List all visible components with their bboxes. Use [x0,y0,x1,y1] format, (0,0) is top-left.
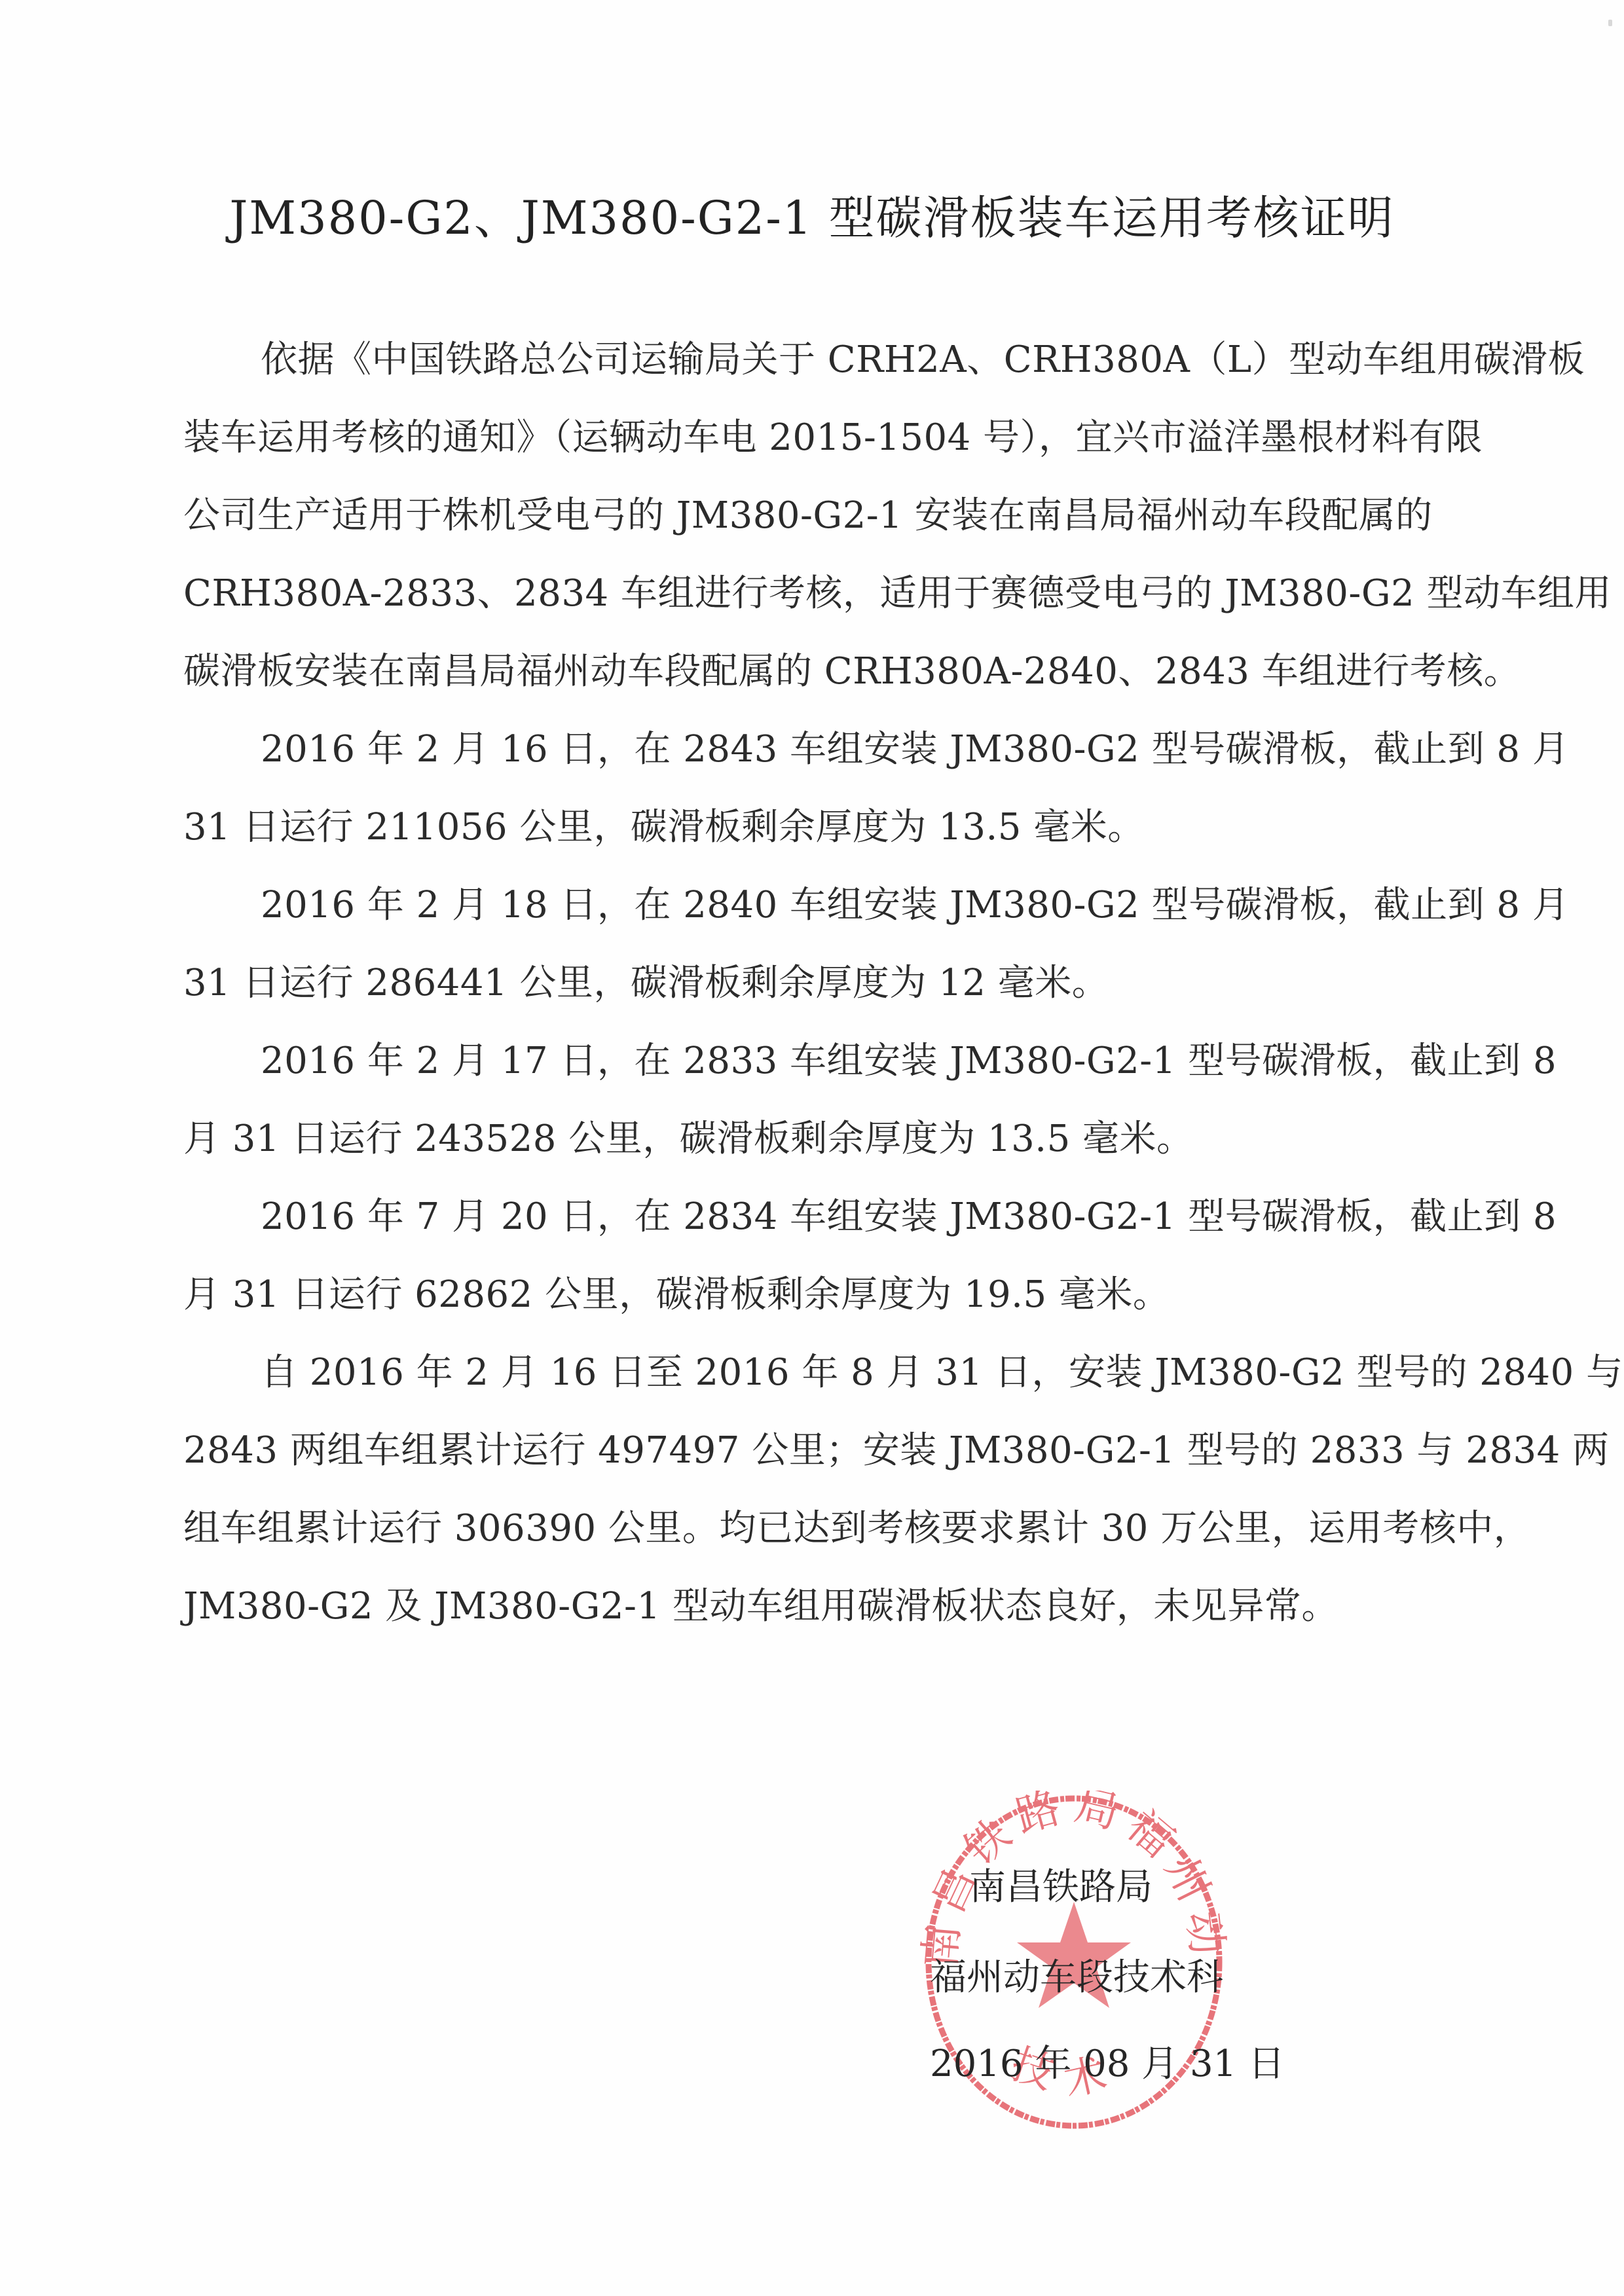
paragraph-line: 31 日运行 286441 公里，碳滑板剩余厚度为 12 毫米。 [183,944,1486,1022]
paragraph-line: 月 31 日运行 243528 公里，碳滑板剩余厚度为 13.5 毫米。 [183,1100,1486,1178]
paragraph-line: 自 2016 年 2 月 16 日至 2016 年 8 月 31 日，安装 JM… [183,1334,1486,1412]
paragraph-line: 2843 两组车组累计运行 497497 公里；安装 JM380-G2-1 型号… [183,1412,1486,1489]
paragraph-summary: 自 2016 年 2 月 16 日至 2016 年 8 月 31 日，安装 JM… [183,1334,1486,1645]
paragraph-line: 2016 年 2 月 18 日，在 2840 车组安装 JM380-G2 型号碳… [183,866,1486,944]
paragraph-record-2840: 2016 年 2 月 18 日，在 2840 车组安装 JM380-G2 型号碳… [183,866,1486,1022]
paragraph-line: 2016 年 2 月 17 日，在 2833 车组安装 JM380-G2-1 型… [183,1022,1486,1100]
paragraph-line: 月 31 日运行 62862 公里，碳滑板剩余厚度为 19.5 毫米。 [183,1256,1486,1334]
paragraph-line: 2016 年 7 月 20 日，在 2834 车组安装 JM380-G2-1 型… [183,1178,1486,1256]
paragraph-line: 组车组累计运行 306390 公里。均已达到考核要求累计 30 万公里，运用考核… [183,1489,1486,1567]
paragraph-basis: 依据《中国铁路总公司运输局关于 CRH2A、CRH380A（L）型动车组用碳滑板… [183,321,1486,710]
document-body: 依据《中国铁路总公司运输局关于 CRH2A、CRH380A（L）型动车组用碳滑板… [183,321,1486,1645]
paragraph-record-2834: 2016 年 7 月 20 日，在 2834 车组安装 JM380-G2-1 型… [183,1178,1486,1334]
paragraph-line: 依据《中国铁路总公司运输局关于 CRH2A、CRH380A（L）型动车组用碳滑板 [183,321,1486,399]
paragraph-line: 公司生产适用于株机受电弓的 JM380-G2-1 安装在南昌局福州动车段配属的 [183,477,1486,555]
paragraph-line: JM380-G2 及 JM380-G2-1 型动车组用碳滑板状态良好，未见异常。 [183,1567,1486,1645]
document-page: JM380-G2、JM380-G2-1 型碳滑板装车运用考核证明 依据《中国铁路… [0,0,1624,2296]
signature-org-railway-bureau: 南昌铁路局 [969,1865,1153,1910]
paragraph-line: CRH380A-2833、2834 车组进行考核，适用于赛德受电弓的 JM380… [183,555,1486,632]
paragraph-record-2833: 2016 年 2 月 17 日，在 2833 车组安装 JM380-G2-1 型… [183,1022,1486,1178]
paragraph-line: 2016 年 2 月 16 日，在 2843 车组安装 JM380-G2 型号碳… [183,710,1486,788]
paragraph-line: 装车运用考核的通知》（运辆动车电 2015-1504 号），宜兴市溢洋墨根材料有… [183,399,1486,477]
scan-mark [1608,20,1612,26]
document-title: JM380-G2、JM380-G2-1 型碳滑板装车运用考核证明 [0,187,1624,249]
paragraph-line: 31 日运行 211056 公里，碳滑板剩余厚度为 13.5 毫米。 [183,788,1486,866]
signature-org-department: 福州动车段技术科 [930,1955,1223,2001]
paragraph-record-2843: 2016 年 2 月 16 日，在 2843 车组安装 JM380-G2 型号碳… [183,710,1486,866]
signature-date: 2016 年 08 月 31 日 [930,2041,1285,2087]
paragraph-line: 碳滑板安装在南昌局福州动车段配属的 CRH380A-2840、2843 车组进行… [183,632,1486,710]
